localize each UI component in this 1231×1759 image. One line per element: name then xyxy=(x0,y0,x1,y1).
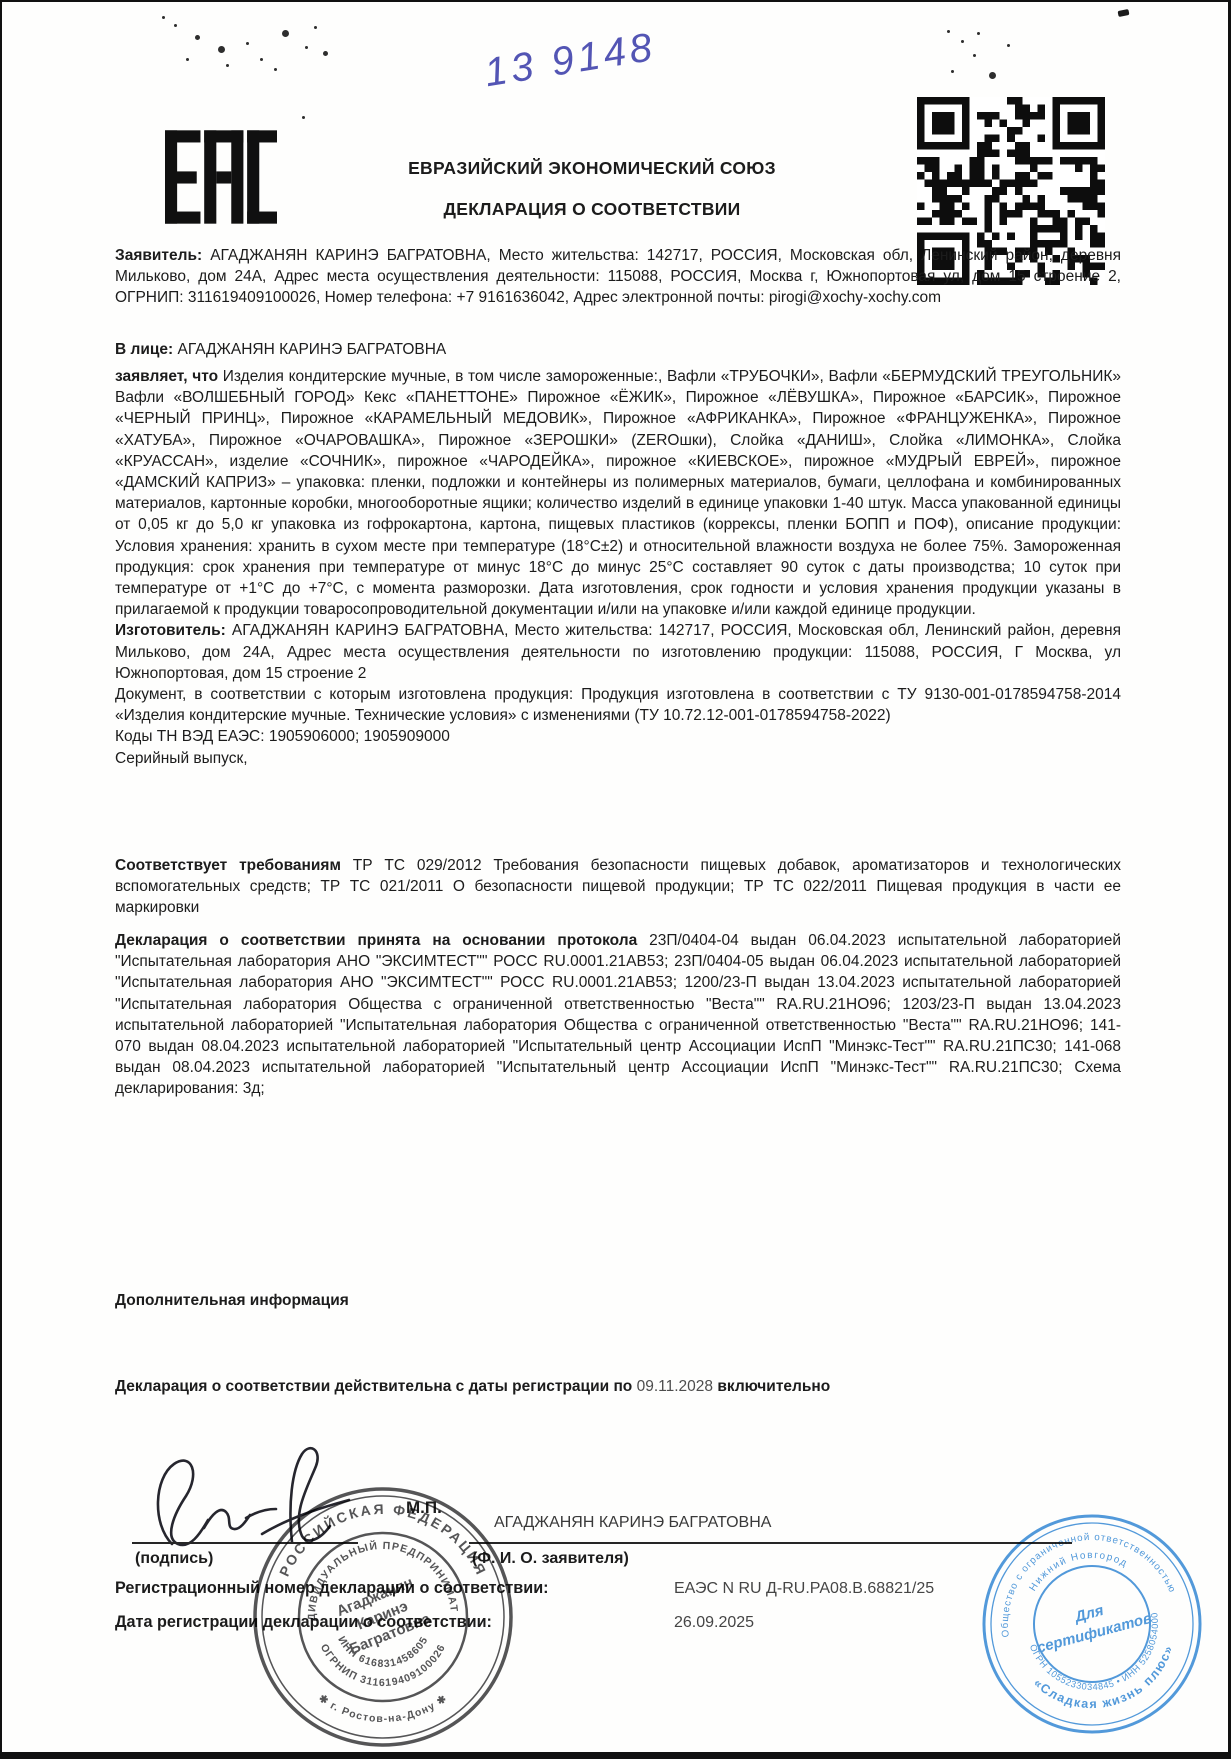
manufacturer-label: Изготовитель: xyxy=(115,622,226,639)
scan-mark xyxy=(1117,9,1129,17)
document-basis-paragraph: Документ, в соответствии с которым изгот… xyxy=(115,684,1121,726)
declares-text: Изделия кондитерские мучные, в том числе… xyxy=(115,368,1121,618)
reg-date-value: 26.09.2025 xyxy=(674,1614,754,1632)
declares-paragraph: заявляет, что Изделия кондитерские мучны… xyxy=(115,366,1121,620)
applicant-label: Заявитель: xyxy=(115,247,202,264)
validity-suffix: включительно xyxy=(717,1378,830,1395)
applicant-paragraph: Заявитель: АГАДЖАНЯН КАРИНЭ БАГРАТОВНА, … xyxy=(115,245,1121,309)
validity-paragraph: Декларация о соответствии действительна … xyxy=(115,1376,1121,1397)
black-stamp-city-arc: ✱ г. Ростов-на-Дону ✱ xyxy=(316,1692,450,1725)
protocols-text: 23П/0404-04 выдан 06.04.2023 испытательн… xyxy=(115,932,1121,1097)
signature-caption: (подпись) xyxy=(135,1550,213,1568)
certificates-blue-stamp: Общество с ограниченной ответственностью… xyxy=(955,1487,1229,1759)
declaration-document: 13 9148 ЕВРАЗИЙСКИЙ ЭКОНОМИЧЕСКИЙ СОЮЗ Д… xyxy=(0,0,1231,1759)
serial-line: Серийный выпуск, xyxy=(115,748,1121,769)
scan-noise-right xyxy=(947,30,950,33)
applicant-text: АГАДЖАНЯН КАРИНЭ БАГРАТОВНА, Место жител… xyxy=(115,247,1121,306)
protocols-paragraph: Декларация о соответствии принята на осн… xyxy=(115,930,1121,1100)
handwritten-number: 13 9148 xyxy=(482,25,660,96)
manufacturer-paragraph: Изготовитель: АГАДЖАНЯН КАРИНЭ БАГРАТОВН… xyxy=(115,620,1121,684)
validity-date: 09.11.2028 xyxy=(637,1378,713,1395)
product-section: заявляет, что Изделия кондитерские мучны… xyxy=(115,366,1121,769)
declares-label: заявляет, что xyxy=(115,368,218,385)
protocols-label: Декларация о соответствии принята на осн… xyxy=(115,932,637,949)
conforms-label: Соответствует требованиям xyxy=(115,857,341,874)
conforms-paragraph: Соответствует требованиям ТР ТС 029/2012… xyxy=(115,855,1121,919)
tn-ved-line: Коды ТН ВЭД ЕАЭС: 1905906000; 1905909000 xyxy=(115,726,1121,747)
in-person-paragraph: В лице: АГАДЖАНЯН КАРИНЭ БАГРАТОВНА xyxy=(115,339,1121,360)
scan-noise-left xyxy=(162,16,165,19)
entrepreneur-round-stamp: РОССИЙСКАЯ ФЕДЕРАЦИЯ ✱ г. Ростов-на-Дону… xyxy=(248,1482,518,1752)
fio-value: АГАДЖАНЯН КАРИНЭ БАГРАТОВНА xyxy=(494,1514,771,1532)
reg-number-value: ЕАЭС N RU Д-RU.РА08.В.68821/25 xyxy=(674,1580,934,1598)
validity-label: Декларация о соответствии действительна … xyxy=(115,1378,632,1395)
in-person-label: В лице: xyxy=(115,341,173,358)
in-person-text: АГАДЖАНЯН КАРИНЭ БАГРАТОВНА xyxy=(178,341,447,358)
additional-info-label: Дополнительная информация xyxy=(115,1290,1121,1311)
manufacturer-text: АГАДЖАНЯН КАРИНЭ БАГРАТОВНА, Место жител… xyxy=(115,622,1121,681)
svg-text:✱ г. Ростов-на-Дону ✱: ✱ г. Ростов-на-Дону ✱ xyxy=(316,1692,450,1725)
